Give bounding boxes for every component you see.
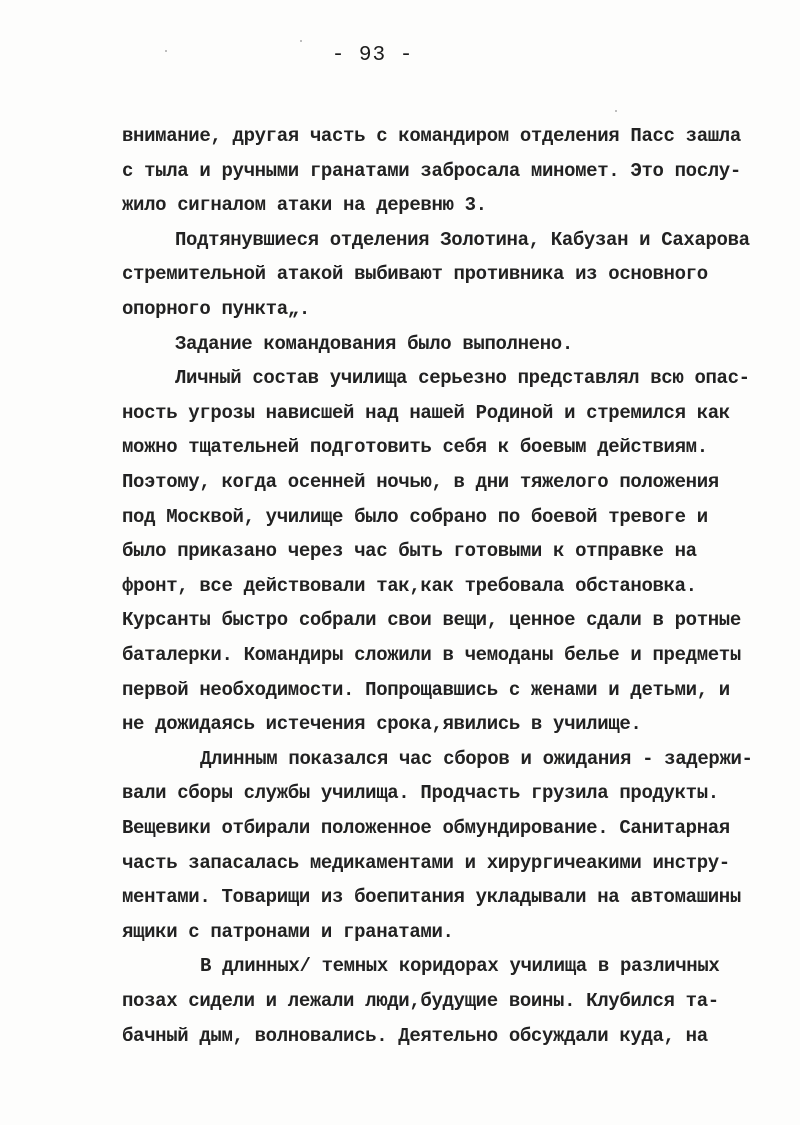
page-number: - 93 - [0, 44, 745, 67]
text-line: Поэтому, когда осенней ночью, в дни тяже… [122, 470, 719, 494]
text-line: было приказано через час быть готовыми к… [122, 539, 697, 563]
text-line: фронт, все действовали так,как требовала… [122, 574, 697, 598]
text-line: Курсанты быстро собрали свои вещи, ценно… [122, 608, 741, 632]
text-line: внимание, другая часть с командиром отде… [122, 124, 741, 148]
text-line: стремительной атакой выбивают противника… [122, 262, 708, 286]
text-line: вали сборы службы училища. Продчасть гру… [122, 781, 719, 805]
text-line: позах сидели и лежали люди,будущие воины… [122, 989, 719, 1013]
text-line: Задание командования было выполнено. [175, 332, 573, 356]
text-line: ящики с патронами и гранатами. [122, 920, 454, 944]
text-line: с тыла и ручными гранатами забросала мин… [122, 159, 741, 183]
text-line: Подтянувшиеся отделения Золотина, Кабуза… [175, 228, 750, 252]
text-line: первой необходимости. Попрощавшись с жен… [122, 678, 730, 702]
text-line: часть запасалась медикаментами и хирурги… [122, 851, 730, 875]
text-line: Вещевики отбирали положенное обмундирова… [122, 816, 730, 840]
text-line: баталерки. Командиры сложили в чемоданы … [122, 643, 741, 667]
scan-speck [615, 110, 617, 112]
text-line: Личный состав училища серьезно представл… [175, 366, 750, 390]
text-line: бачный дым, волновались. Деятельно обсуж… [122, 1024, 708, 1048]
text-line: ментами. Товарищи из боепитания укладыва… [122, 885, 741, 909]
text-line: ность угрозы нависшей над нашей Родиной … [122, 401, 730, 425]
text-line: В длинных/ темных коридорах училища в ра… [200, 954, 719, 978]
text-line: жило сигналом атаки на деревню 3. [122, 193, 487, 217]
scan-speck [300, 40, 302, 42]
text-line: под Москвой, училище было собрано по бое… [122, 505, 708, 529]
text-line: можно тщательней подготовить себя к боев… [122, 435, 708, 459]
text-line: Длинным показался час сборов и ожидания … [200, 747, 753, 771]
text-line: не дожидаясь истечения срока,явились в у… [122, 712, 641, 736]
scan-speck [165, 50, 167, 52]
text-line: опорного пункта„. [122, 297, 310, 321]
